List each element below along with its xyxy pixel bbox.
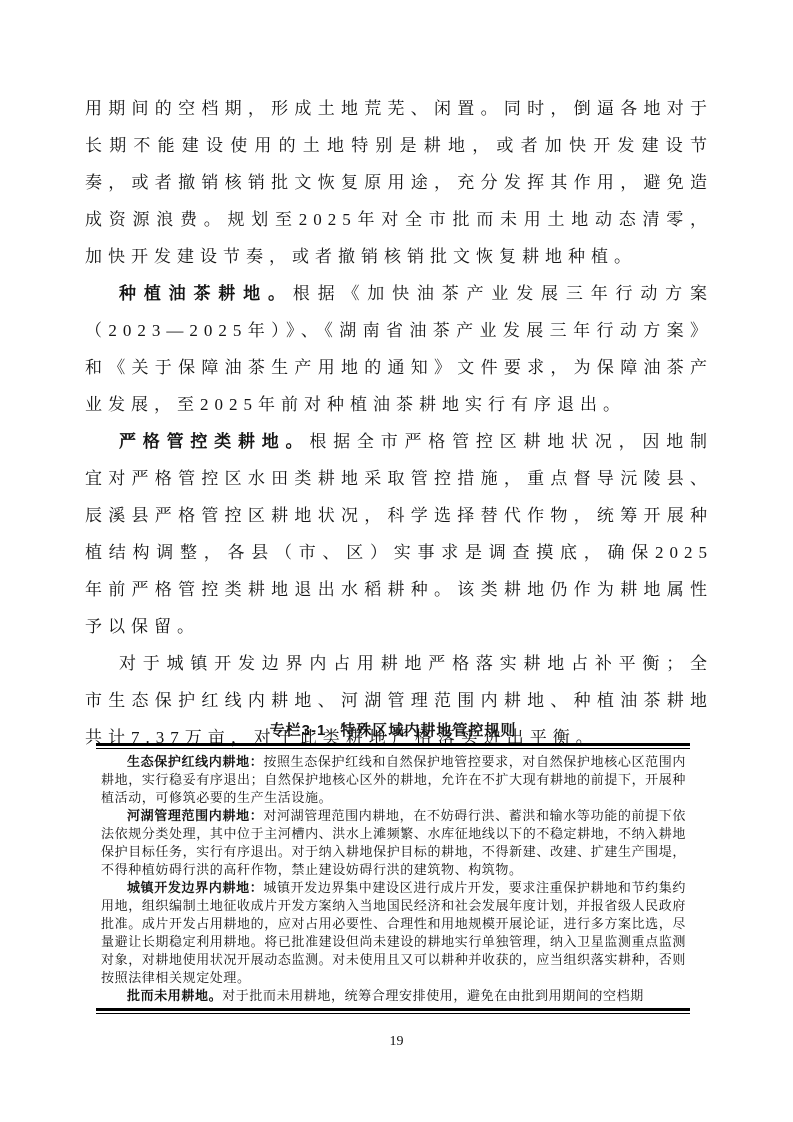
callout-item-text: 城镇开发边界集中建设区进行成片开发，要求注重保护耕地和节约集约用地，组织编制土地…: [101, 880, 686, 985]
callout-item: 批而未用耕地。对于批而未用耕地，统筹合理安排使用，避免在由批到用期间的空档期: [101, 987, 686, 1005]
paragraph-lead: 种植油茶耕地。: [119, 284, 293, 303]
callout-title-label: 专栏3-1: [270, 722, 327, 739]
body-paragraph: 严格管控类耕地。根据全市严格管控区耕地状况，因地制宜对严格管控区水田类耕地采取管…: [85, 423, 713, 645]
paragraph-text: 根据全市严格管控区耕地状况，因地制宜对严格管控区水田类耕地采取管控措施，重点督导…: [85, 432, 713, 636]
callout-item-lead: 城镇开发边界内耕地：: [127, 880, 263, 895]
paragraph-lead: 严格管控类耕地。: [119, 432, 309, 451]
callout-body: 生态保护红线内耕地：按照生态保护红线和自然保护地管控要求，对自然保护地核心区范围…: [96, 749, 690, 1008]
callout-item-text: 对于批而未用耕地，统筹合理安排使用，避免在由批到用期间的空档期: [222, 988, 644, 1003]
callout-item-lead: 河湖管理范围内耕地：: [127, 808, 263, 823]
callout-item: 生态保护红线内耕地：按照生态保护红线和自然保护地管控要求，对自然保护地核心区范围…: [101, 753, 686, 807]
callout-item: 城镇开发边界内耕地：城镇开发边界集中建设区进行成片开发，要求注重保护耕地和节约集…: [101, 879, 686, 987]
document-page: 用期间的空档期，形成土地荒芜、闲置。同时，倒逼各地对于长期不能建设使用的土地特别…: [0, 0, 793, 1122]
callout-item-lead: 批而未用耕地。: [127, 988, 222, 1003]
paragraph-text: 用期间的空档期，形成土地荒芜、闲置。同时，倒逼各地对于长期不能建设使用的土地特别…: [85, 99, 713, 266]
body-text: 用期间的空档期，形成土地荒芜、闲置。同时，倒逼各地对于长期不能建设使用的土地特别…: [85, 90, 713, 756]
callout-bottom-rule: [96, 1008, 690, 1014]
callout-item-lead: 生态保护红线内耕地：: [127, 754, 263, 769]
body-paragraph: 用期间的空档期，形成土地荒芜、闲置。同时，倒逼各地对于长期不能建设使用的土地特别…: [85, 90, 713, 275]
callout-title-text: 特殊区域内耕地管控规则: [340, 722, 516, 739]
body-paragraph: 种植油茶耕地。根据《加快油茶产业发展三年行动方案（2023—2025年）》、《湖…: [85, 275, 713, 423]
callout-box: 专栏3-1特殊区域内耕地管控规则 生态保护红线内耕地：按照生态保护红线和自然保护…: [96, 719, 690, 1014]
page-number: 19: [0, 1034, 793, 1050]
paragraph-text: 根据《加快油茶产业发展三年行动方案（2023—2025年）》、《湖南省油茶产业发…: [85, 284, 713, 414]
callout-title: 专栏3-1特殊区域内耕地管控规则: [96, 719, 690, 740]
callout-item: 河湖管理范围内耕地：对河湖管理范围内耕地，在不妨碍行洪、蓄洪和输水等功能的前提下…: [101, 807, 686, 879]
